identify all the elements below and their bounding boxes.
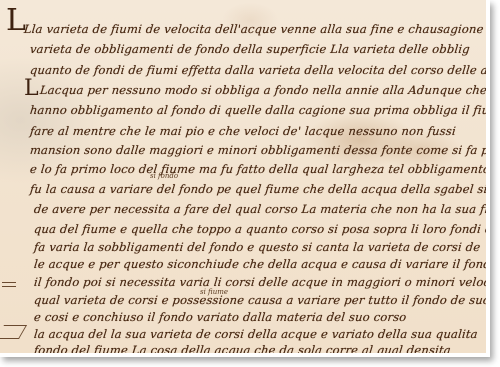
manuscript-line-9: fu la causa a variare del fondo pe quel …: [29, 182, 486, 196]
manuscript-line-3: quanto de fondi de fiumi effetta dalla v…: [29, 63, 486, 77]
manuscript-line-12: fa varia la sobbligamenti del fondo e qu…: [33, 240, 481, 254]
manuscript-line-4: Lacqua per nessuno modo si obbliga a fon…: [39, 83, 486, 97]
manuscript-line-13: le acque e per questo siconchiude che de…: [33, 257, 486, 271]
manuscript-page: L L Lla varieta de fiumi de velocita del…: [0, 0, 486, 353]
manuscript-line-17: la acqua del la sua varieta de corsi del…: [33, 327, 478, 341]
manuscript-line-14: il fondo poi si necessita varia li corsi…: [33, 275, 486, 289]
manuscript-line-11: qua del fiume e quella che toppo a quant…: [33, 222, 486, 236]
interlinear-note-1: si fondo: [150, 172, 178, 180]
image-frame: L L Lla varieta de fiumi de velocita del…: [0, 0, 490, 357]
manuscript-line-7: mansion sono dalle maggiori e minori obb…: [29, 143, 486, 157]
manuscript-line-15: qual varieta de corsi e possessione caus…: [33, 293, 486, 307]
manuscript-line-6: fare al mentre che le mai pio e che velo…: [29, 124, 456, 138]
manuscript-line-18: fondo del fiume La cosa della acqua che …: [33, 343, 451, 353]
manuscript-line-2: varieta de obbligamenti de fondo della s…: [29, 42, 470, 56]
interlinear-note-2: si fiume: [200, 288, 228, 296]
manuscript-line-10: de avere per necessita a fare del qual c…: [33, 202, 486, 216]
margin-dash-mark: [2, 282, 16, 283]
manuscript-line-8: e lo fa primo loco del fiume ma fu fatto…: [29, 162, 486, 176]
manuscript-line-16: e cosi e conchiuso il fondo variato dall…: [33, 310, 407, 324]
initial-capital-L-2: L: [24, 78, 39, 100]
margin-sketch-diagram: [0, 325, 27, 339]
margin-dash-mark-2: [2, 286, 16, 287]
manuscript-line-1: Lla varieta de fiumi de velocita dell'ac…: [23, 22, 486, 36]
manuscript-line-5: hanno obbligamento al fondo di quelle da…: [29, 103, 486, 117]
